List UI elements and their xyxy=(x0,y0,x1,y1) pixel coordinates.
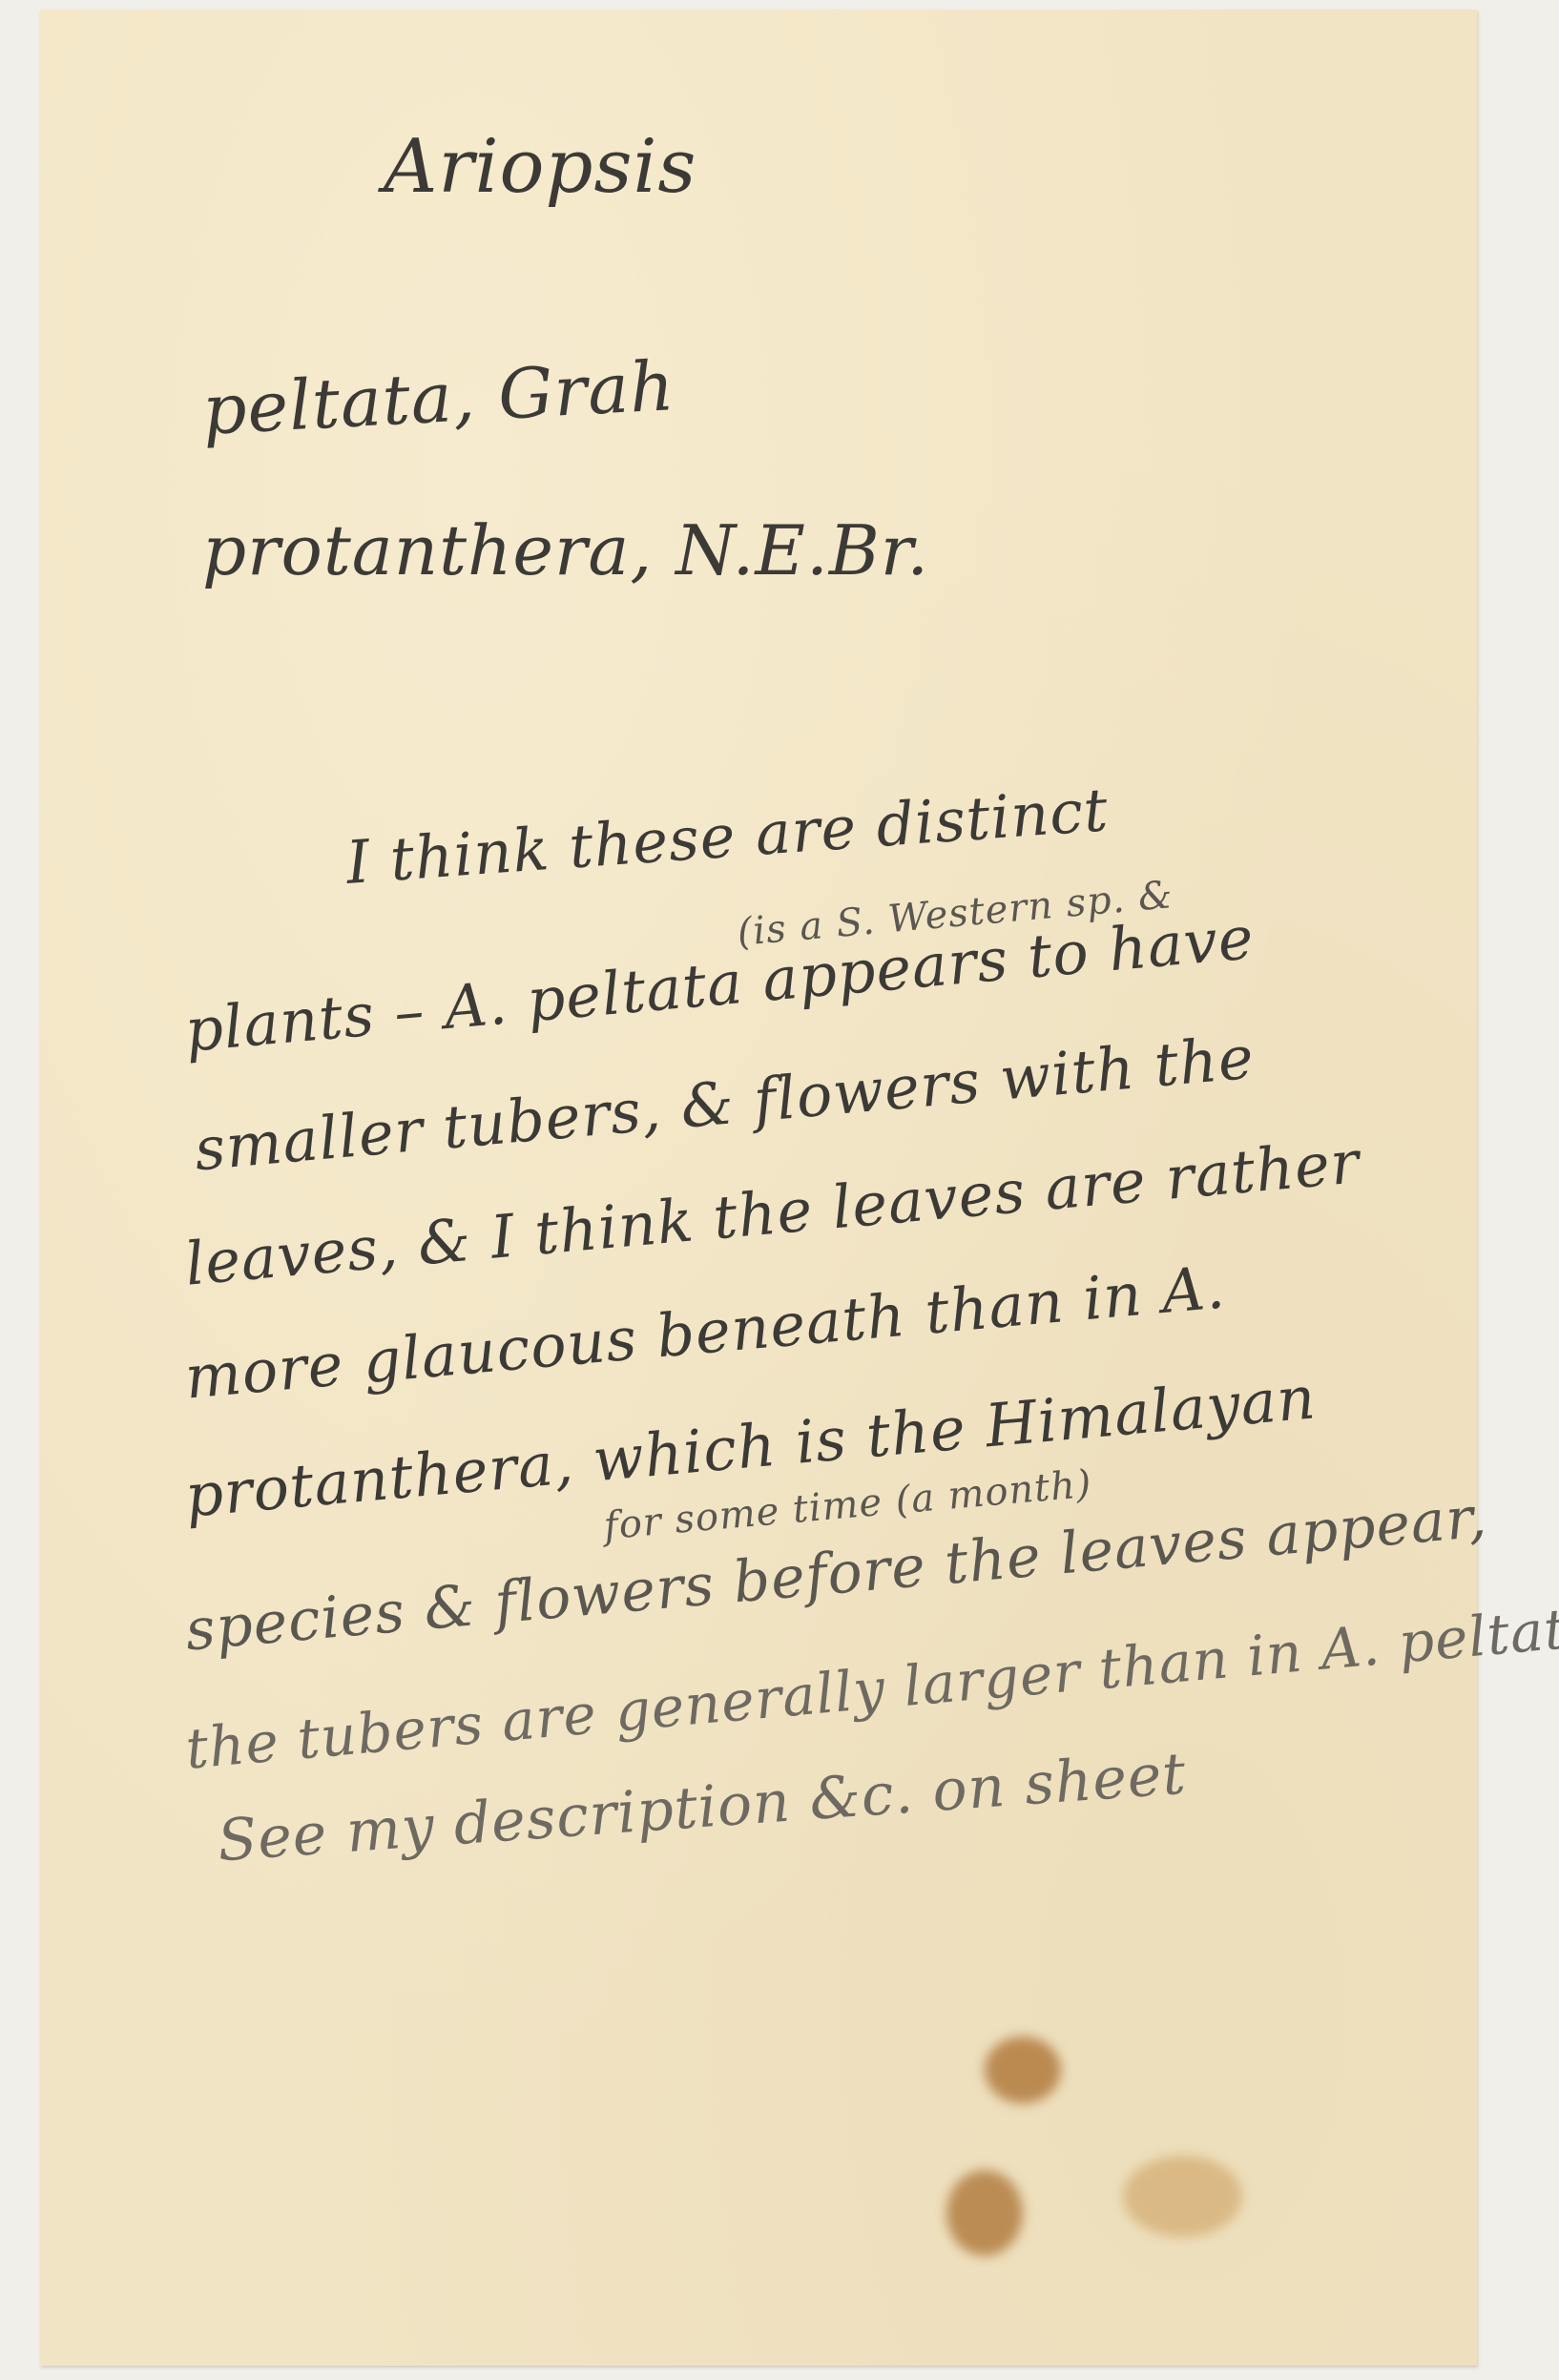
synonym-authority: N.E.Br. xyxy=(676,510,929,590)
synonym-name: protanthera xyxy=(202,510,630,590)
foxing-stain xyxy=(1123,2156,1242,2237)
synonym-protanthera: protanthera, N.E.Br. xyxy=(202,510,929,590)
body-line-1: I think these are distinct xyxy=(343,775,1111,898)
genus-heading: Ariopsis xyxy=(384,124,696,210)
synonym-authority: Grah xyxy=(496,345,676,435)
synonym-peltata: peltata, Grah xyxy=(200,345,676,450)
synonym-name: peltata xyxy=(200,357,454,450)
manuscript-sheet: Ariopsis peltata, Grah protanthera, N.E.… xyxy=(40,10,1477,2366)
foxing-stain xyxy=(946,2170,1023,2256)
foxing-stain xyxy=(985,2037,1061,2103)
